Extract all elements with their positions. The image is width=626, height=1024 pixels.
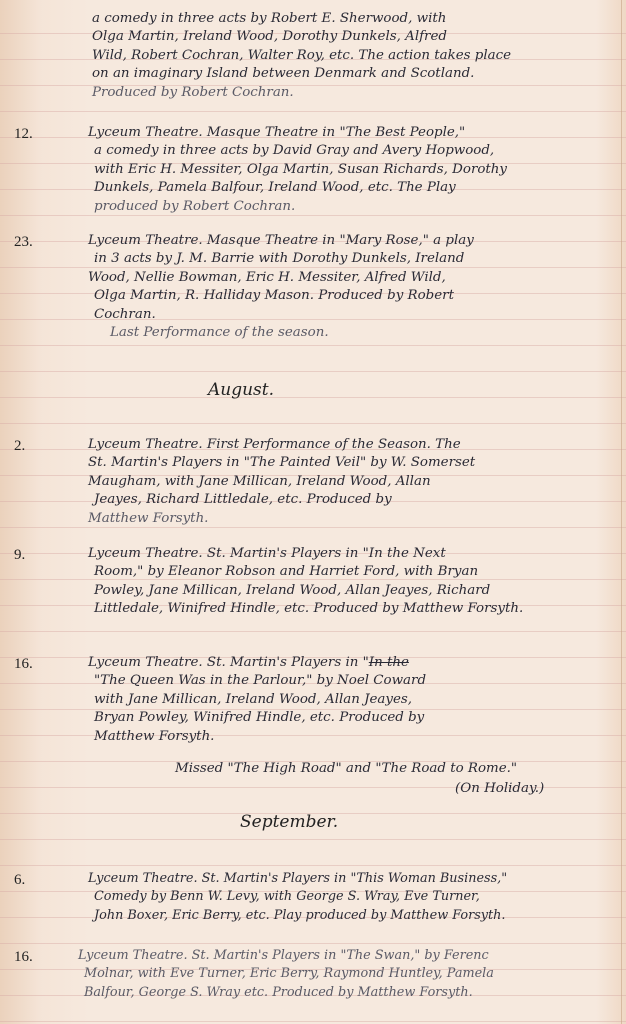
entry-line: Lyceum Theatre. St. Martin's Players in … [88, 545, 608, 563]
entry-line: Powley, Jane Millican, Ireland Wood, All… [88, 582, 608, 600]
entry-line: "The Queen Was in the Parlour," by Noel … [88, 672, 608, 690]
entry-line: Wild, Robert Cochran, Walter Roy, etc. T… [92, 47, 608, 65]
entry-line: a comedy in three acts by Robert E. Sher… [92, 10, 608, 28]
entry-line-prefix: Lyceum Theatre. St. Martin's Players in … [88, 655, 369, 670]
entry-line: in 3 acts by J. M. Barrie with Dorothy D… [88, 250, 608, 268]
entry-date: 12. [14, 126, 33, 143]
entry-line: Room," by Eleanor Robson and Harriet For… [88, 563, 608, 581]
entry-line: Lyceum Theatre. Masque Theatre in "Mary … [88, 232, 608, 250]
entry-line: Matthew Forsyth. [88, 728, 608, 746]
missed-note: Missed "The High Road" and "The Road to … [175, 760, 517, 778]
entry-date: 16. [14, 656, 33, 673]
entry-date: 6. [14, 872, 25, 889]
entry-note: Last Performance of the season. [88, 324, 608, 342]
holiday-note: (On Holiday.) [455, 780, 544, 798]
entry-line: Bryan Powley, Winifred Hindle, etc. Prod… [88, 709, 608, 727]
entry-line: Lyceum Theatre. St. Martin's Players in … [88, 870, 608, 888]
entry-date: 9. [14, 547, 25, 564]
entry-line: a comedy in three acts by David Gray and… [88, 142, 608, 160]
entry-line: Molnar, with Eve Turner, Eric Berry, Ray… [78, 965, 608, 983]
entry-line: produced by Robert Cochran. [88, 198, 608, 216]
entry-line: Dunkels, Pamela Balfour, Ireland Wood, e… [88, 179, 608, 197]
entry-line: Maugham, with Jane Millican, Ireland Woo… [88, 473, 608, 491]
entry-date: 2. [14, 438, 25, 455]
entry-line: St. Martin's Players in "The Painted Vei… [88, 454, 608, 472]
entry-date: 23. [14, 234, 33, 251]
entry-line: Balfour, George S. Wray etc. Produced by… [78, 984, 608, 1002]
entry-line: Littledale, Winifred Hindle, etc. Produc… [88, 600, 608, 618]
entry-line: Lyceum Theatre. First Performance of the… [88, 436, 608, 454]
entry-line: Olga Martin, R. Halliday Mason. Produced… [88, 287, 608, 305]
entry-line: Lyceum Theatre. Masque Theatre in "The B… [88, 124, 608, 142]
entry-line: Olga Martin, Ireland Wood, Dorothy Dunke… [92, 28, 608, 46]
entry-line: with Jane Millican, Ireland Wood, Allan … [88, 691, 608, 709]
entry-line: Comedy by Benn W. Levy, with George S. W… [88, 888, 608, 906]
entry-line: Produced by Robert Cochran. [92, 84, 608, 102]
entry-line: on an imaginary Island between Denmark a… [92, 65, 608, 83]
entry-date: 16. [14, 949, 33, 966]
entry-line: Wood, Nellie Bowman, Eric H. Messiter, A… [88, 269, 608, 287]
entry-line: Cochran. [88, 306, 608, 324]
struck-text: In the [369, 655, 409, 670]
entry-line: Matthew Forsyth. [88, 510, 608, 528]
entry-line: Lyceum Theatre. St. Martin's Players in … [78, 947, 608, 965]
entry-line: with Eric H. Messiter, Olga Martin, Susa… [88, 161, 608, 179]
month-heading-september: September. [240, 812, 338, 832]
entry-line: Jeayes, Richard Littledale, etc. Produce… [88, 491, 608, 509]
entry-line: John Boxer, Eric Berry, etc. Play produc… [88, 907, 608, 925]
month-heading-august: August. [208, 380, 274, 400]
entry-line: Lyceum Theatre. St. Martin's Players in … [88, 654, 608, 672]
page-edge [621, 0, 622, 1024]
